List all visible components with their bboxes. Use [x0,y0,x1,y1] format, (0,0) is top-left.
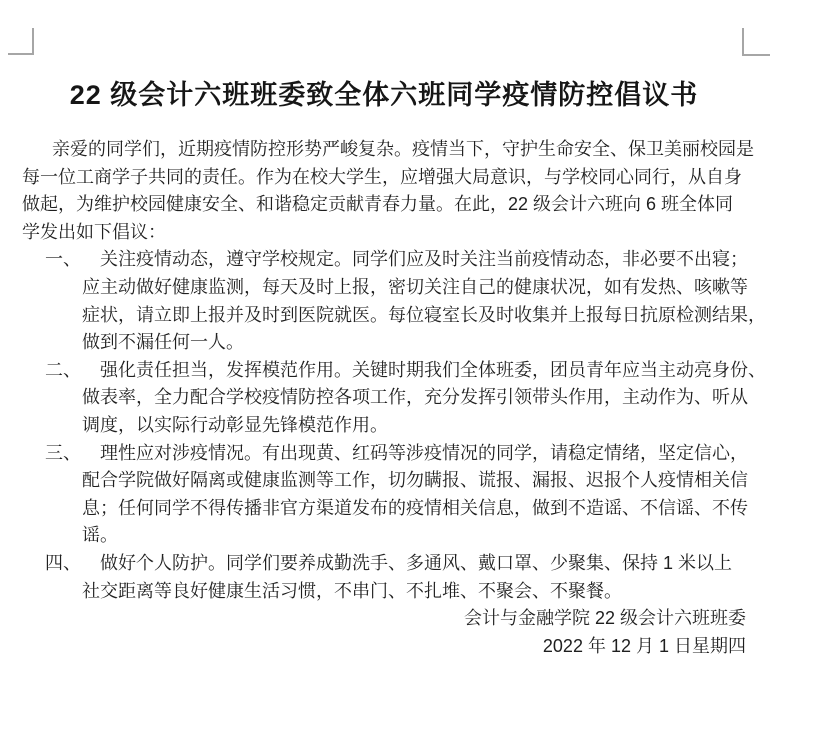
signature-line: 会计与金融学院 22 级会计六班班委 [22,605,746,633]
list-item-4-line: 四、做好个人防护。同学们要养成勤洗手、多通风、戴口罩、少聚集、保持 1 米以上 [22,550,746,578]
list-item-4-text: 做好个人防护。同学们要养成勤洗手、多通风、戴口罩、少聚集、保持 1 米以上 [100,553,732,573]
list-item-2-line: 调度，以实际行动彰显先锋模范作用。 [22,412,746,440]
intro-line: 学发出如下倡议： [22,219,746,247]
intro-line: 做起，为维护校园健康安全、和谐稳定贡献青春力量。在此，22 级会计六班向 6 班… [22,191,746,219]
document-body: 亲爱的同学们，近期疫情防控形势严峻复杂。疫情当下，守护生命安全、保卫美丽校园是 … [22,136,746,660]
list-item-1-number: 一、 [45,246,100,274]
document-page: 22 级会计六班班委致全体六班同学疫情防控倡议书 亲爱的同学们，近期疫情防控形势… [0,0,830,742]
list-item-2-line: 二、强化责任担当，发挥模范作用。关键时期我们全体班委，团员青年应当主动亮身份、 [22,357,746,385]
list-item-1-line: 应主动做好健康监测，每天及时上报，密切关注自己的健康状况，如有发热、咳嗽等 [22,274,746,302]
list-item-1-text: 关注疫情动态，遵守学校规定。同学们应及时关注当前疫情动态，非必要不出寝； [100,249,748,269]
margin-crop-mark-top-right [742,28,770,56]
list-item-3-line: 息；任何同学不得传播非官方渠道发布的疫情相关信息，做到不造谣、不信谣、不传 [22,495,746,523]
list-item-1-line: 做到不漏任何一人。 [22,329,746,357]
list-item-2-line: 做表率，全力配合学校疫情防控各项工作，充分发挥引领带头作用，主动作为、听从 [22,384,746,412]
intro-line: 亲爱的同学们，近期疫情防控形势严峻复杂。疫情当下，守护生命安全、保卫美丽校园是 [22,136,746,164]
list-item-3-text: 理性应对涉疫情况。有出现黄、红码等涉疫情况的同学，请稳定情绪，坚定信心， [100,443,748,463]
list-item-1-line: 症状，请立即上报并及时到医院就医。每位寝室长及时收集并上报每日抗原检测结果， [22,302,746,330]
list-item-3-line: 谣。 [22,522,746,550]
document-title: 22 级会计六班班委致全体六班同学疫情防控倡议书 [22,80,746,110]
list-item-4-number: 四、 [45,550,100,578]
margin-crop-mark-top-left [8,28,34,55]
list-item-3-line: 配合学院做好隔离或健康监测等工作，切勿瞒报、谎报、漏报、迟报个人疫情相关信 [22,467,746,495]
list-item-2-number: 二、 [45,357,100,385]
list-item-2-text: 强化责任担当，发挥模范作用。关键时期我们全体班委，团员青年应当主动亮身份、 [100,360,766,380]
list-item-3-number: 三、 [45,440,100,468]
list-item-3-line: 三、理性应对涉疫情况。有出现黄、红码等涉疫情况的同学，请稳定情绪，坚定信心， [22,440,746,468]
date-line: 2022 年 12 月 1 日星期四 [22,633,746,661]
intro-line: 每一位工商学子共同的责任。作为在校大学生，应增强大局意识，与学校同心同行，从自身 [22,164,746,192]
list-item-4-line: 社交距离等良好健康生活习惯，不串门、不扎堆、不聚会、不聚餐。 [22,578,746,606]
list-item-1-line: 一、关注疫情动态，遵守学校规定。同学们应及时关注当前疫情动态，非必要不出寝； [22,246,746,274]
